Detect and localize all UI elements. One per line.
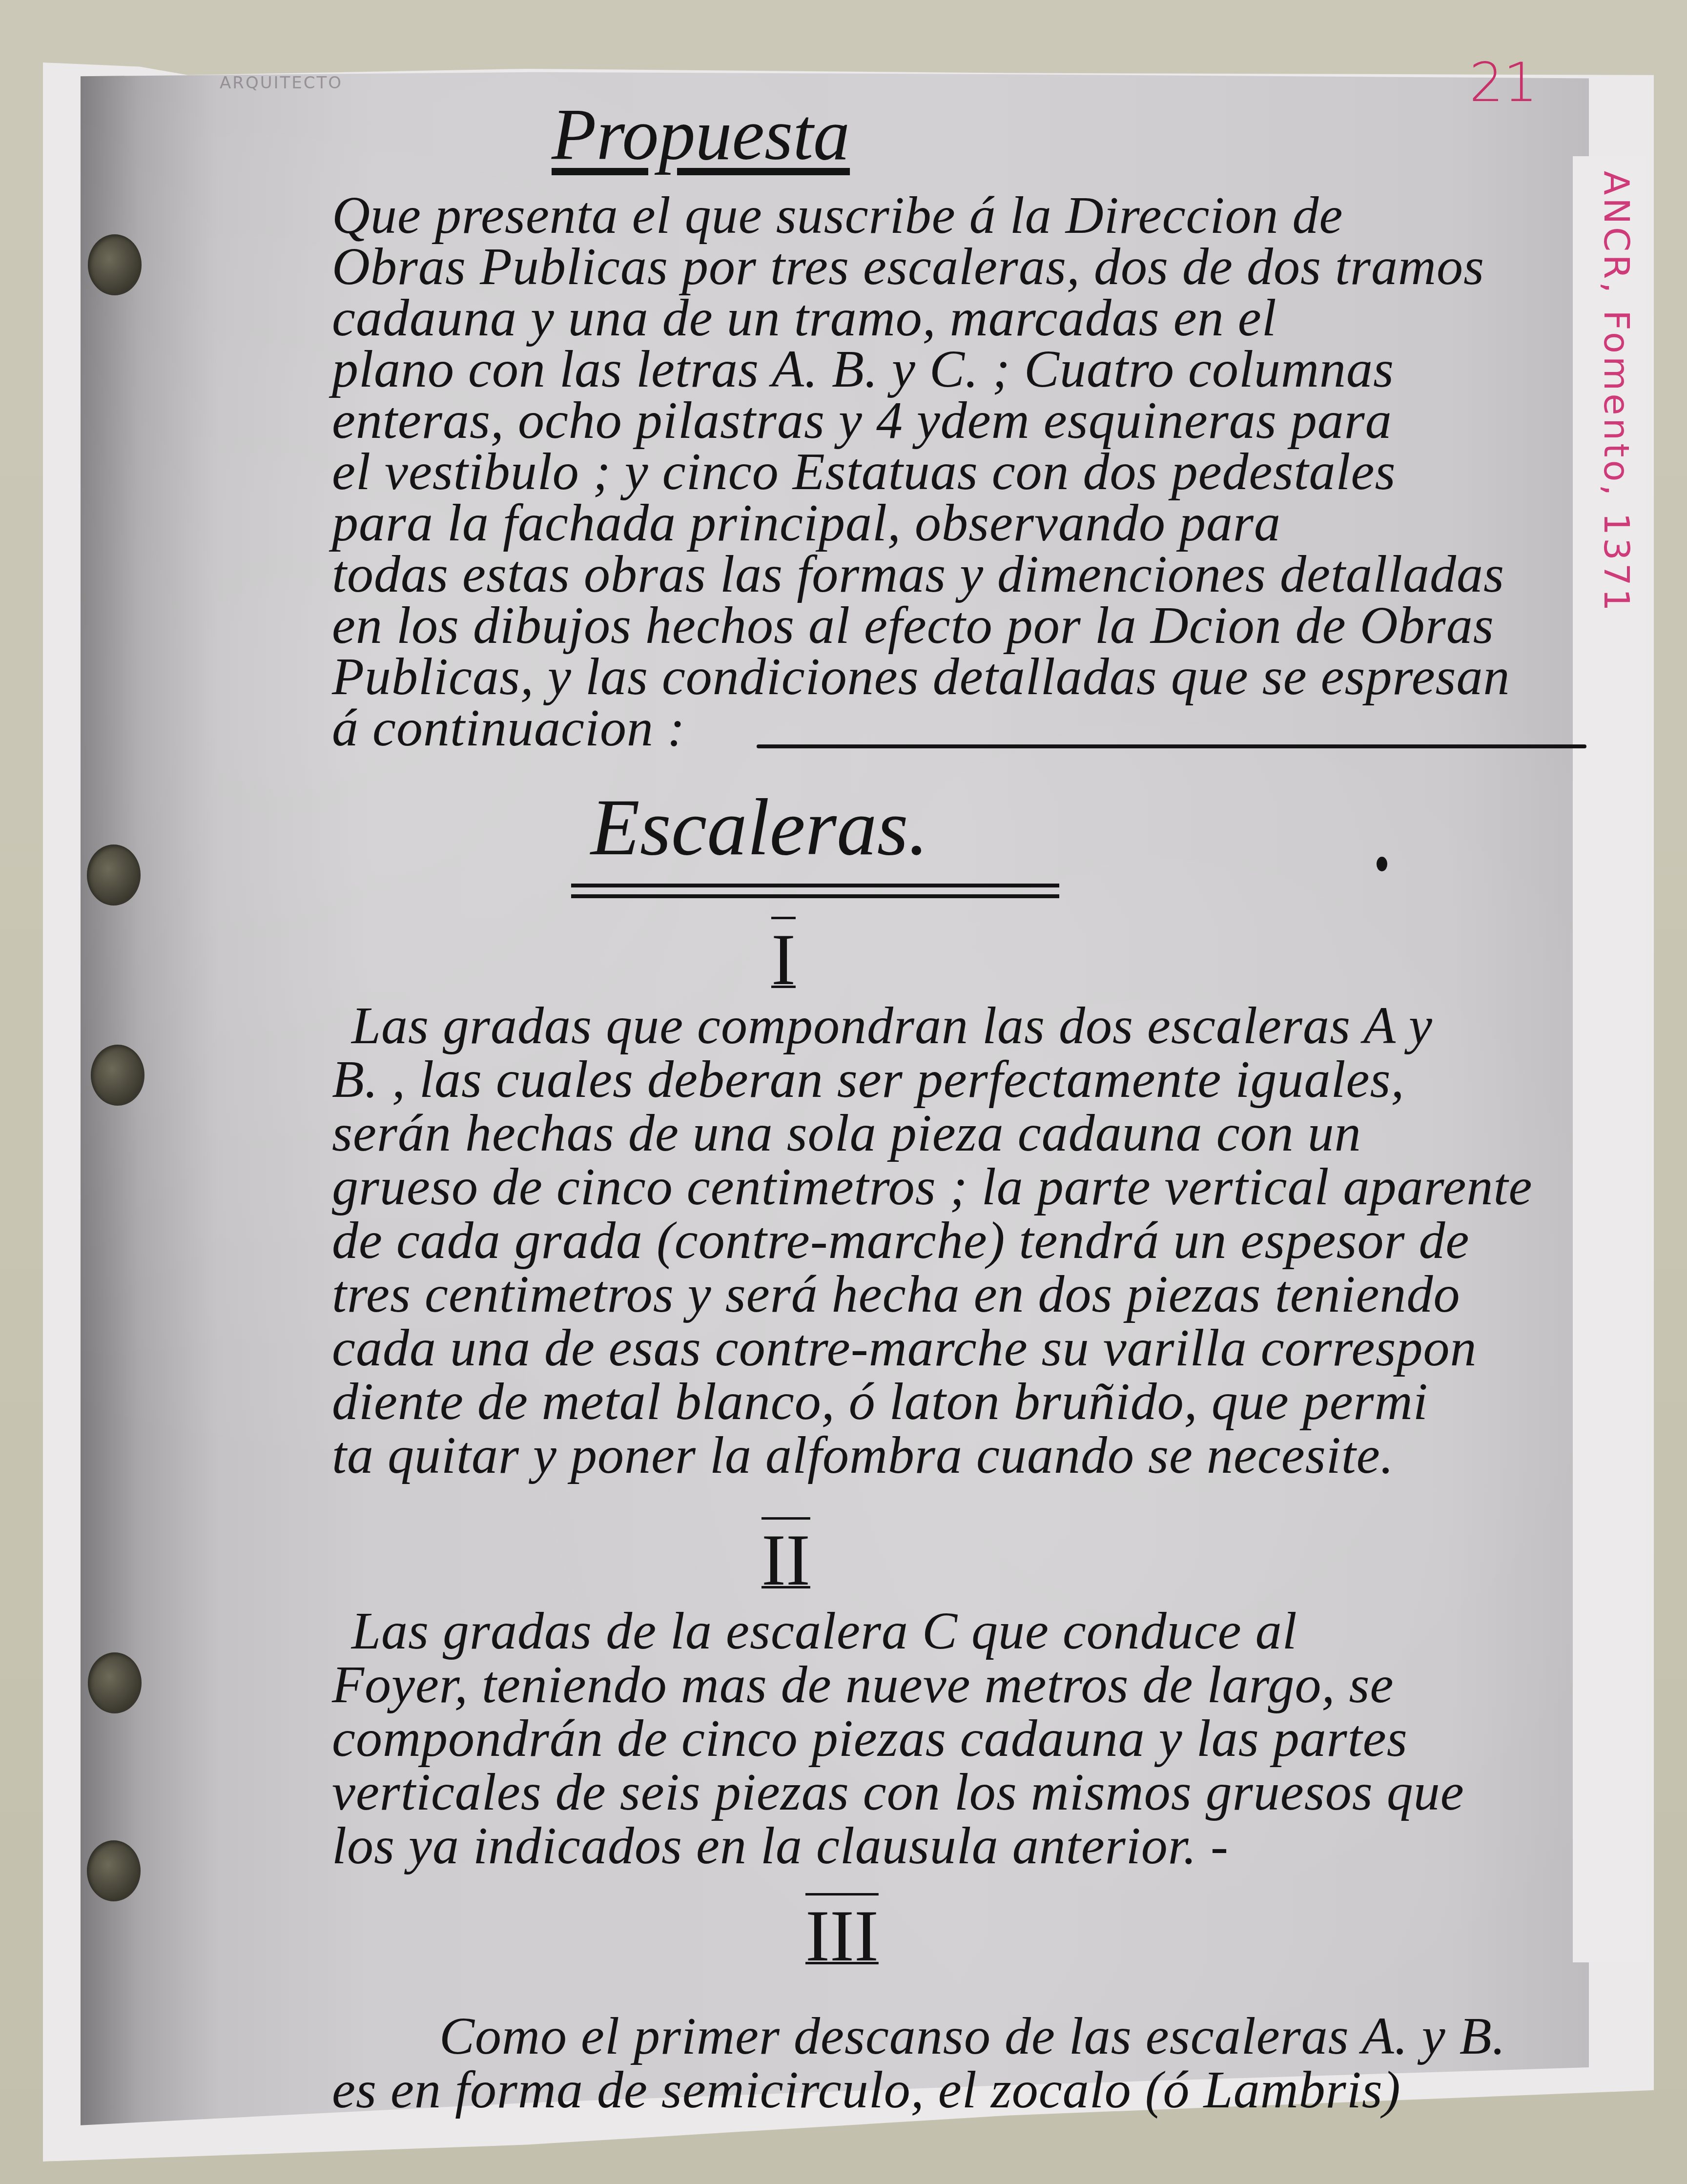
clause-numeral: II xyxy=(761,1518,810,1602)
clause-line: Las gradas de la escalera C que conduce … xyxy=(351,1601,1297,1662)
punch-hole-icon xyxy=(87,1840,141,1901)
clause-line: tres centimetros y será hecha en dos pie… xyxy=(332,1264,1461,1325)
clause-line: B. , las cuales deberan ser perfectament… xyxy=(332,1050,1405,1110)
clause-line: de cada grada (contre-marche) tendrá un … xyxy=(332,1211,1469,1271)
heading-double-rule xyxy=(571,884,1059,898)
punch-hole-icon xyxy=(91,1045,144,1106)
clause-line: Foyer, teniendo mas de nueve metros de l… xyxy=(332,1655,1394,1715)
clause-line: ta quitar y poner la alfombra cuando se … xyxy=(332,1425,1394,1486)
punch-hole-icon xyxy=(87,845,141,906)
ink-dot xyxy=(1377,857,1387,871)
clause-numeral: III xyxy=(805,1894,879,1978)
clause-line: es en forma de semicirculo, el zocalo (ó… xyxy=(332,2060,1401,2121)
archive-reference: ANCR, Fomento, 1371 xyxy=(1596,171,1637,614)
document-title: Propuesta xyxy=(552,93,850,177)
intro-line: á continuacion : xyxy=(332,698,685,759)
clause-numeral: I xyxy=(771,918,796,1002)
page-number: 21 xyxy=(1469,51,1538,114)
punch-hole-icon xyxy=(88,234,142,295)
clause-line: serán hechas de una sola pieza cadauna c… xyxy=(332,1103,1361,1164)
clause-line: los ya indicados en la clausula anterior… xyxy=(332,1816,1229,1876)
clause-line: Como el primer descanso de las escaleras… xyxy=(439,2006,1506,2067)
clause-line: diente de metal blanco, ó laton bruñido,… xyxy=(332,1372,1428,1432)
section-heading: Escaleras. xyxy=(591,781,928,874)
clause-line: grueso de cinco centimetros ; la parte v… xyxy=(332,1157,1532,1217)
continuation-rule xyxy=(757,744,1586,748)
clause-line: compondrán de cinco piezas cadauna y las… xyxy=(332,1709,1408,1769)
punch-hole-icon xyxy=(88,1652,142,1713)
clause-line: verticales de seis piezas con los mismos… xyxy=(332,1762,1464,1823)
faint-stamp: ARQUITECTO xyxy=(220,73,343,93)
clause-line: Las gradas que compondran las dos escale… xyxy=(351,996,1433,1056)
clause-line: cada una de esas contre-marche su varill… xyxy=(332,1318,1477,1379)
